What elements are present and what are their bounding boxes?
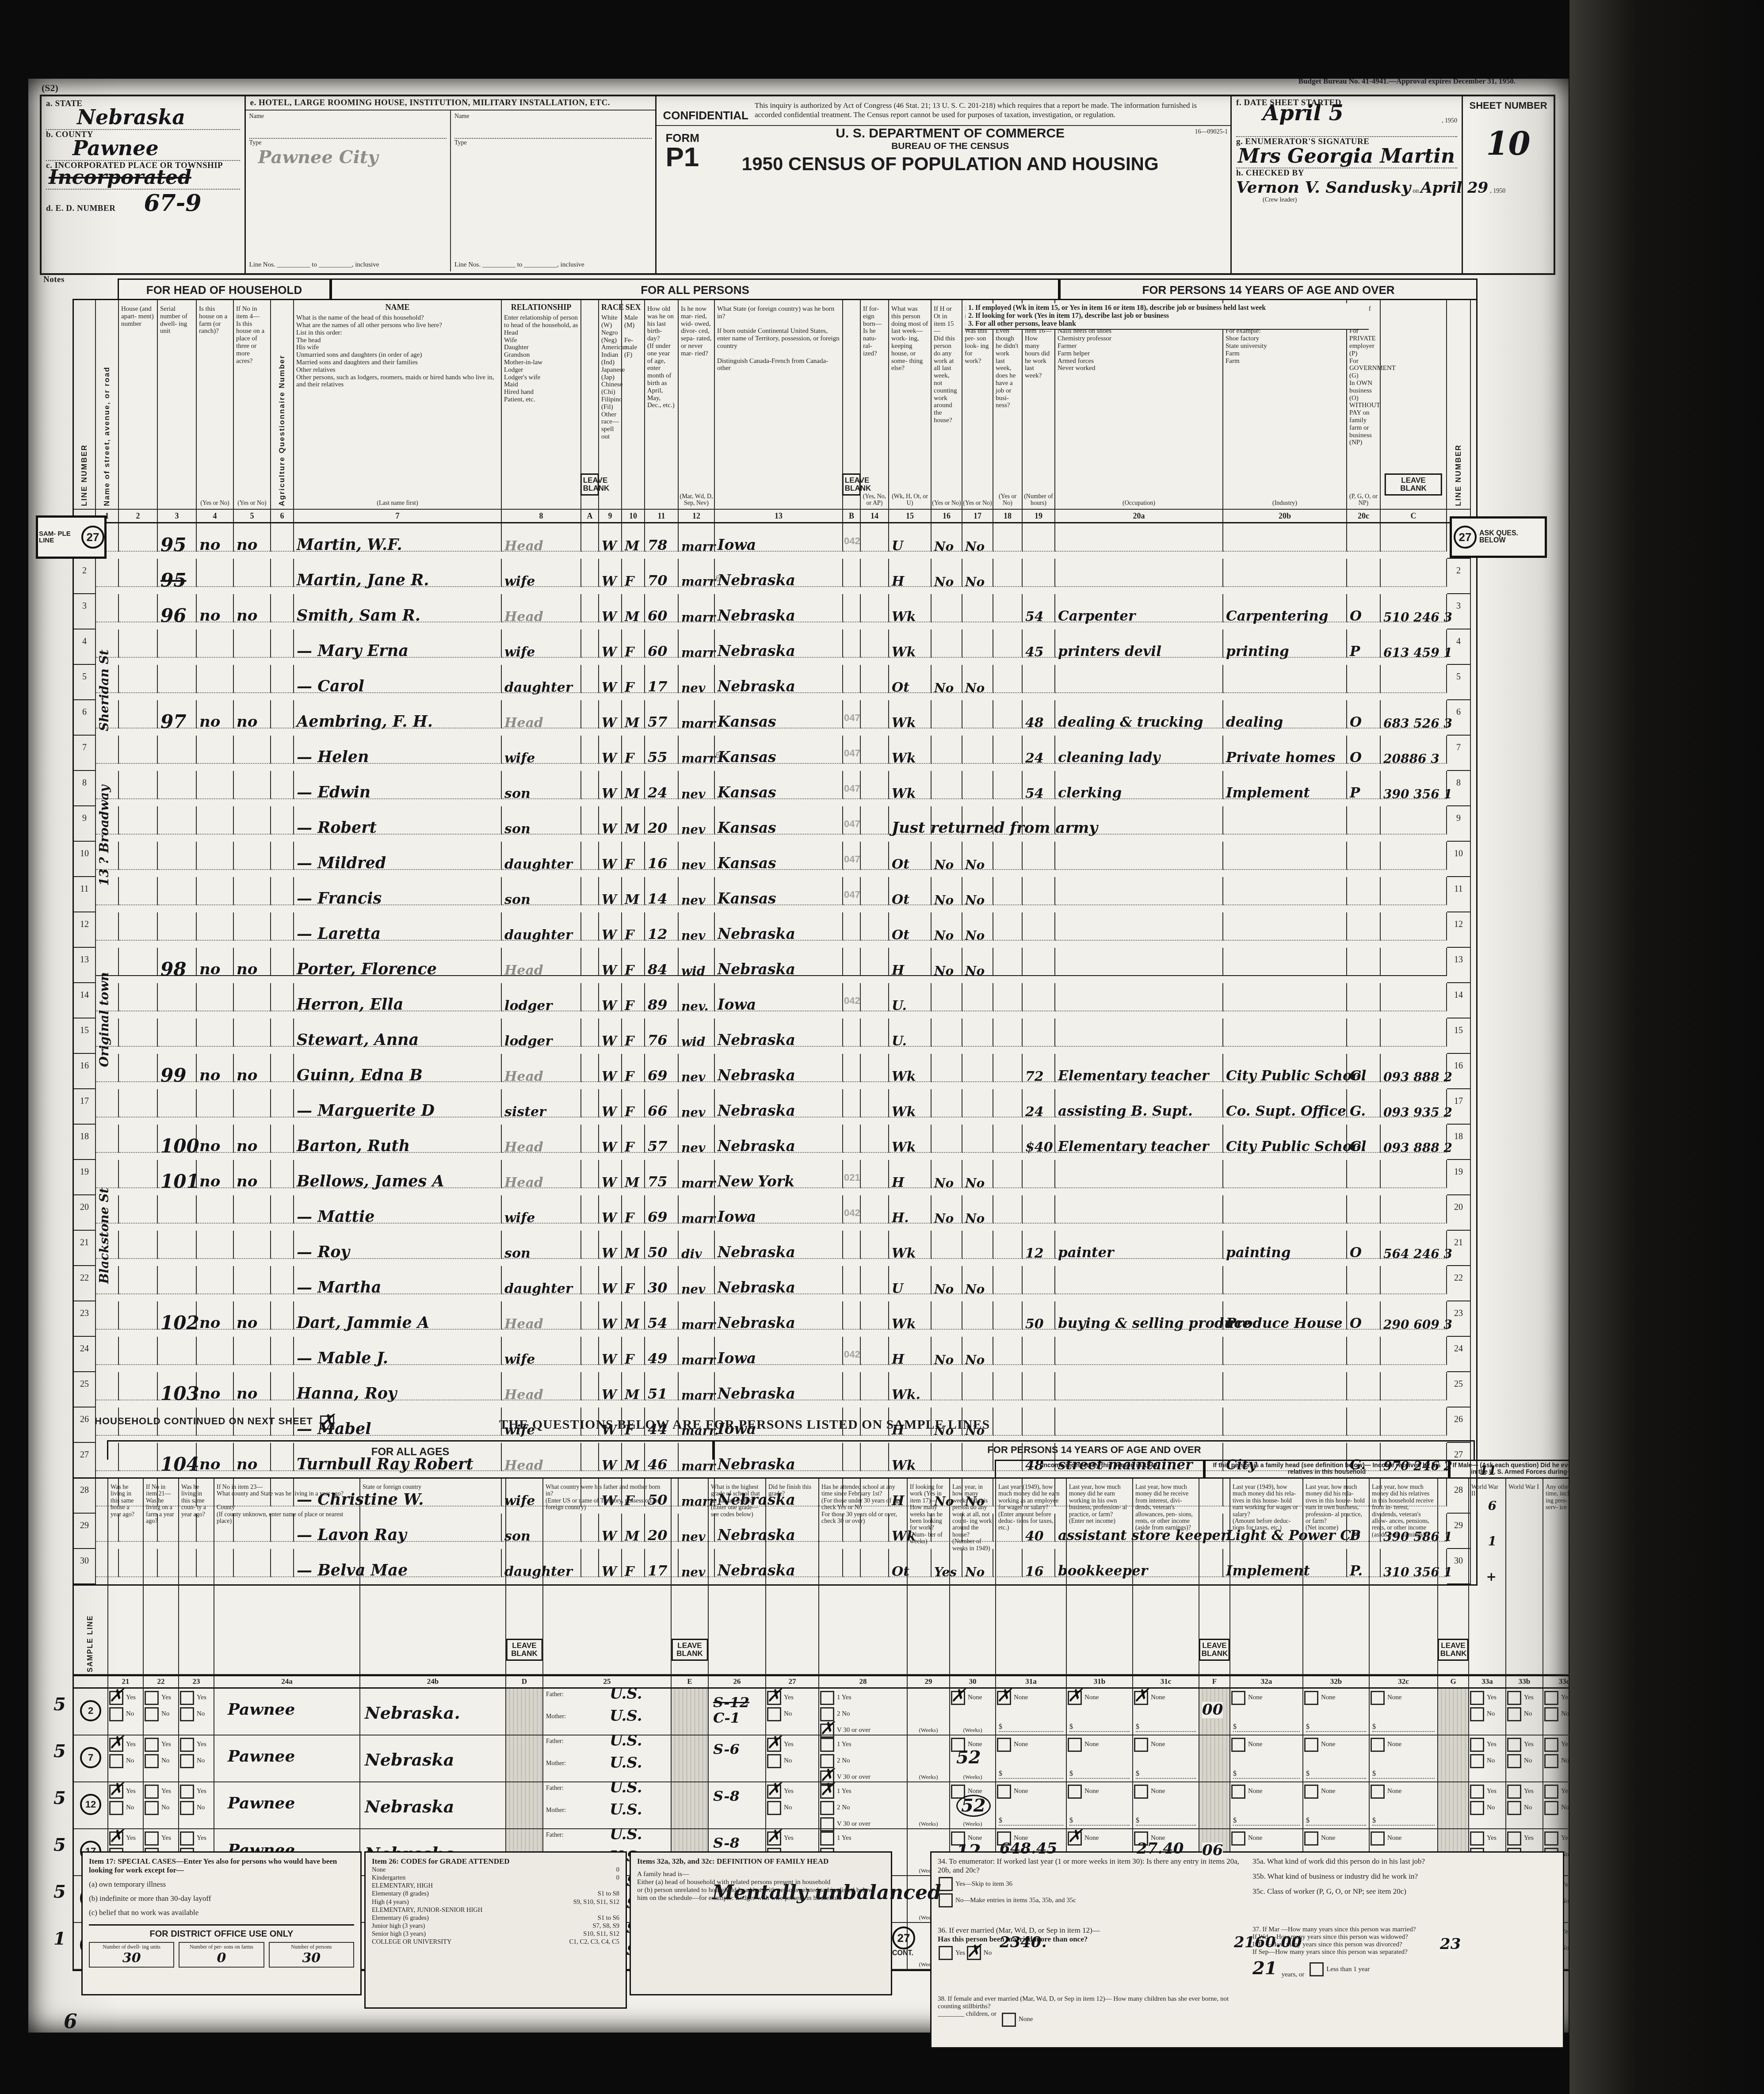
value-race[interactable]: W — [602, 716, 617, 731]
value-i16[interactable]: Yes — [934, 1565, 957, 1579]
value-bp[interactable]: Kansas — [718, 785, 776, 801]
value-bp[interactable]: Iowa — [718, 537, 756, 553]
value-rel[interactable]: daughter — [504, 928, 573, 943]
value-i19[interactable]: 24 — [1025, 1105, 1044, 1120]
item21-no-box[interactable] — [109, 1801, 123, 1815]
value-bp[interactable]: Nebraska — [718, 1315, 795, 1331]
value-bp[interactable]: Kansas — [718, 855, 776, 872]
value-acres[interactable]: no — [237, 1067, 257, 1084]
grade-value[interactable]: S-8 — [713, 1835, 765, 1851]
item38-none-box[interactable] — [1002, 2013, 1016, 2027]
none-box[interactable] — [1371, 1738, 1385, 1752]
value-race[interactable]: W — [602, 610, 617, 625]
value-name[interactable]: Aembring, F. H. — [297, 713, 433, 730]
value-i19[interactable]: 54 — [1025, 786, 1044, 801]
value-occ[interactable]: Elementary teacher — [1058, 1068, 1209, 1084]
value-i16[interactable]: No — [934, 1212, 954, 1225]
value-sex[interactable]: M — [625, 539, 639, 554]
military-yes-box[interactable] — [1507, 1738, 1521, 1752]
value-age[interactable]: 14 — [648, 891, 668, 907]
value-rel[interactable]: daughter — [504, 1564, 573, 1579]
value-sex[interactable]: F — [625, 1105, 634, 1120]
leave-blank-F-value[interactable]: 06 — [1202, 1842, 1223, 1859]
value-acres[interactable]: no — [237, 1456, 257, 1473]
value-age[interactable]: 55 — [648, 750, 668, 766]
value-occ[interactable]: dealing & trucking — [1058, 715, 1203, 730]
value-sex[interactable]: F — [625, 1423, 634, 1438]
value-mar[interactable]: marr — [681, 610, 715, 624]
value-code[interactable]: 20886 3 — [1383, 752, 1439, 766]
value-serial[interactable]: 95 — [160, 534, 186, 555]
value-i15[interactable]: Wk — [892, 1069, 916, 1084]
value-i15[interactable]: H — [892, 574, 904, 589]
value-race[interactable]: W — [602, 680, 617, 695]
value-i15[interactable]: H. — [892, 1211, 909, 1226]
value-occ[interactable]: cleaning lady — [1058, 750, 1160, 766]
value-i15[interactable]: Wk — [892, 1529, 916, 1544]
value-race[interactable]: W — [602, 928, 617, 943]
military-no-box[interactable] — [1544, 1754, 1558, 1768]
value-i17[interactable]: No — [965, 1282, 985, 1296]
item27-no-box[interactable] — [767, 1801, 781, 1815]
none-box[interactable] — [1231, 1831, 1245, 1846]
value-cls[interactable]: O — [1350, 750, 1362, 766]
value-cls[interactable]: O — [1350, 715, 1362, 730]
value-ind[interactable]: Implement — [1226, 1564, 1310, 1579]
value-mar[interactable]: nev — [681, 893, 705, 907]
value-sex[interactable]: M — [625, 610, 639, 625]
item28-yes-box[interactable] — [820, 1831, 834, 1846]
value-farm[interactable]: no — [199, 1456, 220, 1473]
value-occ[interactable]: buying & selling produce — [1058, 1316, 1251, 1331]
value-i15[interactable]: H — [892, 1494, 904, 1509]
value-rel[interactable]: son — [504, 822, 531, 837]
value-i17[interactable]: No — [965, 1565, 985, 1579]
value-i15[interactable]: Wk — [892, 1458, 916, 1473]
value-race[interactable]: W — [602, 963, 617, 978]
value-i19[interactable]: 72 — [1025, 1069, 1044, 1084]
amount-value[interactable]: 648.45 — [1000, 1841, 1057, 1857]
value-i15[interactable]: H — [892, 1423, 904, 1438]
value-farm[interactable]: no — [199, 961, 220, 978]
value-mar[interactable]: nev — [681, 929, 705, 942]
value-occ[interactable]: assisting B. Supt. — [1058, 1104, 1193, 1119]
value-name[interactable]: Martin, W.F. — [297, 536, 402, 553]
value-i15[interactable]: Wk. — [892, 1388, 920, 1403]
military-no-box[interactable] — [1507, 1754, 1521, 1768]
value-name[interactable]: — Robert — [297, 819, 377, 836]
value-rel[interactable]: wife — [504, 751, 535, 766]
value-name[interactable]: — Christine W. — [297, 1491, 424, 1508]
county-value[interactable]: Pawnee — [228, 1748, 359, 1766]
value-ind[interactable]: Implement — [1226, 786, 1310, 801]
value-i17[interactable]: No — [965, 1495, 985, 1508]
value-serial[interactable]: 104 — [160, 1454, 199, 1475]
value-ind[interactable]: Produce House — [1226, 1316, 1343, 1331]
value-occ[interactable]: painter — [1058, 1245, 1114, 1261]
item36-yes-box[interactable] — [939, 1946, 953, 1960]
sheet-value[interactable]: 10 — [1463, 125, 1554, 162]
value-age[interactable]: 20 — [648, 820, 668, 836]
value-mar[interactable]: marr — [681, 1495, 715, 1508]
item22-no-box[interactable] — [145, 1754, 159, 1768]
none-box[interactable] — [1068, 1831, 1082, 1846]
item27-yes-box[interactable] — [767, 1831, 781, 1846]
item23-no-box[interactable] — [180, 1801, 194, 1815]
value-race[interactable]: W — [602, 1529, 617, 1544]
item21-yes-box[interactable] — [109, 1738, 123, 1752]
value-i17[interactable]: No — [965, 858, 985, 872]
value-code[interactable]: 390 356 1 — [1383, 787, 1452, 801]
father-value[interactable]: U.S. — [610, 1780, 642, 1796]
value-age[interactable]: 50 — [648, 1245, 668, 1261]
hotel-type-value[interactable]: Pawnee City — [258, 147, 447, 168]
value-i16[interactable]: No — [934, 964, 954, 978]
value-name[interactable]: Smith, Sam R. — [297, 607, 420, 624]
district-office-value[interactable]: 30 — [271, 1950, 352, 1966]
father-value[interactable]: U.S. — [610, 1733, 642, 1749]
value-code[interactable]: 093 888 2 — [1383, 1141, 1452, 1155]
item36-no-box[interactable] — [967, 1946, 981, 1960]
value-rel[interactable]: wife — [504, 1211, 535, 1226]
value-i16[interactable]: No — [934, 1176, 954, 1190]
value-mar[interactable]: nev — [681, 1282, 705, 1296]
military-yes-box[interactable] — [1544, 1691, 1558, 1705]
value-i15[interactable]: Wk — [892, 1140, 916, 1155]
value-i15[interactable]: Wk — [892, 716, 916, 731]
value-sex[interactable]: M — [625, 1246, 639, 1261]
value-i15[interactable]: Ot — [892, 893, 909, 908]
item22-yes-box[interactable] — [145, 1691, 159, 1705]
value-name[interactable]: Turnbull Ray Robert — [297, 1456, 473, 1473]
military-no-box[interactable] — [1470, 1707, 1484, 1721]
value-i16[interactable]: No — [934, 1495, 954, 1508]
item37-years-value[interactable]: 21 — [1252, 1958, 1277, 1979]
item27-yes-box[interactable] — [767, 1785, 781, 1799]
value-serial[interactable]: 98 — [160, 959, 186, 980]
value-name[interactable]: — Martha — [297, 1279, 381, 1296]
value-name[interactable]: — Edwin — [297, 784, 370, 801]
value-bp[interactable]: Iowa — [718, 1209, 756, 1225]
value-bp[interactable]: Nebraska — [718, 1386, 795, 1402]
value-bp[interactable]: Nebraska — [718, 961, 795, 978]
value-rel[interactable]: Head — [504, 1175, 543, 1190]
value-ind[interactable]: Light & Power Co — [1226, 1528, 1360, 1544]
value-rel[interactable]: daughter — [504, 680, 573, 695]
value-sex[interactable]: F — [625, 680, 634, 695]
item22-no-box[interactable] — [145, 1707, 159, 1721]
item27-yes-box[interactable] — [767, 1738, 781, 1752]
none-box[interactable] — [1231, 1785, 1245, 1799]
value-race[interactable]: W — [602, 1175, 617, 1190]
value-serial[interactable]: 100 — [160, 1136, 199, 1156]
military-no-box[interactable] — [1544, 1707, 1558, 1721]
value-bp[interactable]: Nebraska — [718, 1563, 795, 1579]
value-rel[interactable]: sister — [504, 1105, 546, 1120]
value-rel[interactable]: wife — [504, 1494, 535, 1509]
item30-none-box[interactable] — [951, 1691, 965, 1705]
value-serial[interactable]: 102 — [160, 1312, 199, 1333]
value-bp[interactable]: Nebraska — [718, 679, 795, 695]
value-i17[interactable]: No — [965, 1176, 985, 1190]
value-name[interactable]: — Lavon Ray — [297, 1526, 407, 1544]
value-name[interactable]: — Belva Mae — [297, 1562, 408, 1579]
state-value[interactable]: Nebraska — [365, 1797, 505, 1816]
value-race[interactable]: W — [602, 1423, 617, 1438]
value-mar[interactable]: nev — [681, 1141, 705, 1155]
item22-yes-box[interactable] — [145, 1785, 159, 1799]
value-name[interactable]: — Marguerite D — [297, 1102, 435, 1119]
state-value[interactable]: Nebraska. — [365, 1704, 505, 1722]
value-sex[interactable]: M — [625, 1458, 639, 1473]
value-acres[interactable]: no — [237, 1385, 257, 1402]
value-i17[interactable]: No — [965, 1424, 985, 1438]
value-sex[interactable]: F — [625, 574, 634, 589]
item27-no-box[interactable] — [767, 1707, 781, 1721]
value-ind[interactable]: printing — [1226, 644, 1289, 660]
value-sex[interactable]: M — [625, 1175, 639, 1190]
value-sex[interactable]: M — [625, 822, 639, 837]
value-age[interactable]: 60 — [648, 608, 668, 624]
value-sex[interactable]: M — [625, 893, 639, 908]
military-no-box[interactable] — [1507, 1801, 1521, 1815]
item27-no-box[interactable] — [767, 1754, 781, 1768]
value-race[interactable]: W — [602, 1140, 617, 1155]
value-rel[interactable]: son — [504, 1246, 531, 1261]
item22-yes-box[interactable] — [145, 1831, 159, 1846]
value-bp[interactable]: Nebraska — [718, 1280, 795, 1296]
none-box[interactable] — [1371, 1785, 1385, 1799]
county-value[interactable]: Pawnee — [73, 136, 240, 160]
value-rel[interactable]: Head — [504, 716, 543, 731]
value-ind[interactable]: Co. Supt. Office — [1226, 1104, 1346, 1119]
none-box[interactable] — [1304, 1785, 1318, 1799]
item23-no-box[interactable] — [180, 1754, 194, 1768]
value-sex[interactable]: F — [625, 999, 634, 1014]
value-bp[interactable]: Nebraska — [718, 643, 795, 660]
value-rel[interactable]: Head — [504, 1317, 543, 1332]
value-mar[interactable]: nev — [681, 1530, 705, 1544]
value-age[interactable]: 44 — [648, 1422, 668, 1438]
value-serial[interactable]: 99 — [160, 1065, 186, 1086]
value-cls[interactable]: G. — [1350, 1104, 1366, 1119]
value-race[interactable]: W — [602, 893, 617, 908]
value-rel[interactable]: Head — [504, 610, 543, 625]
enum-value[interactable]: Mrs Georgia Martin — [1238, 145, 1457, 168]
value-race[interactable]: W — [602, 1388, 617, 1403]
value-race[interactable]: W — [602, 1211, 617, 1226]
value-cls[interactable]: P — [1350, 786, 1360, 801]
amount-value[interactable]: 2340. — [1000, 1934, 1046, 1951]
value-bp[interactable]: Nebraska — [718, 1138, 795, 1155]
item37-less-than-year-box[interactable] — [1310, 1962, 1324, 1976]
value-rel[interactable]: lodger — [504, 999, 552, 1014]
county-value[interactable]: Pawnee — [228, 1701, 359, 1719]
value-rel[interactable]: Head — [504, 963, 543, 978]
none-box[interactable] — [1371, 1691, 1385, 1705]
value-ind[interactable]: Carpentering — [1226, 609, 1328, 624]
value-i17[interactable]: No — [965, 1212, 985, 1225]
value-i15[interactable]: Wk — [892, 786, 916, 801]
none-box[interactable] — [1134, 1785, 1148, 1799]
value-sex[interactable]: F — [625, 1140, 634, 1155]
value-i17[interactable]: No — [965, 681, 985, 695]
value-bp[interactable]: Nebraska — [718, 926, 795, 942]
value-age[interactable]: 76 — [648, 1033, 668, 1049]
value-i19[interactable]: 50 — [1025, 1317, 1044, 1332]
date-value[interactable]: April 5 — [1263, 101, 1344, 126]
none-box[interactable] — [1134, 1738, 1148, 1752]
value-sex[interactable]: F — [625, 1069, 634, 1084]
military-yes-box[interactable] — [1544, 1785, 1558, 1799]
value-i19[interactable]: 54 — [1025, 610, 1044, 625]
value-i15[interactable]: U. — [892, 1034, 907, 1049]
mother-value[interactable]: U.S. — [610, 1755, 642, 1771]
value-race[interactable]: W — [602, 1352, 617, 1367]
grade-value-2[interactable]: C-1 — [713, 1710, 765, 1726]
value-rel[interactable]: daughter — [504, 1282, 573, 1297]
value-age[interactable]: 78 — [648, 538, 668, 553]
value-name[interactable]: Stewart, Anna — [297, 1031, 419, 1049]
value-age[interactable]: 30 — [648, 1280, 668, 1296]
value-acres[interactable]: no — [237, 537, 257, 553]
value-i17[interactable]: No — [965, 929, 985, 942]
value-mar[interactable]: nev — [681, 858, 705, 872]
value-age[interactable]: 57 — [648, 1139, 668, 1155]
item21-no-box[interactable] — [109, 1707, 123, 1721]
value-age[interactable]: 57 — [648, 714, 668, 730]
none-box[interactable] — [1134, 1691, 1148, 1705]
value-i17[interactable]: No — [965, 540, 985, 553]
value-code[interactable]: 510 246 3 — [1383, 610, 1452, 624]
value-race[interactable]: W — [602, 822, 617, 837]
value-age[interactable]: 20 — [648, 1528, 668, 1544]
value-mar[interactable]: div — [681, 1247, 702, 1261]
value-code[interactable]: 613 459 1 — [1383, 646, 1452, 660]
value-bp[interactable]: Nebraska — [718, 1244, 795, 1261]
value-sex[interactable]: F — [625, 963, 634, 978]
military-no-box[interactable] — [1507, 1707, 1521, 1721]
value-rel[interactable]: wife — [504, 1423, 535, 1438]
value-age[interactable]: 54 — [648, 1316, 668, 1331]
grade-value[interactable]: S-12 — [713, 1695, 765, 1710]
value-mar[interactable]: marr — [681, 717, 715, 730]
value-i15[interactable]: U. — [892, 999, 907, 1014]
value-name[interactable]: Herron, Ella — [297, 996, 403, 1013]
value-i19[interactable]: 48 — [1025, 1458, 1044, 1473]
value-rel[interactable]: wife — [504, 1352, 535, 1367]
value-bp[interactable]: Nebraska — [718, 1492, 795, 1508]
value-sex[interactable]: M — [625, 716, 639, 731]
value-bp[interactable]: New York — [718, 1174, 794, 1190]
none-box[interactable] — [1068, 1785, 1082, 1799]
value-bp[interactable]: Nebraska — [718, 1457, 795, 1473]
value-i16[interactable]: No — [934, 1282, 954, 1296]
none-box[interactable] — [1068, 1738, 1082, 1752]
value-name[interactable]: Guinn, Edna B — [297, 1067, 423, 1084]
ed-value[interactable]: 67-9 — [144, 190, 201, 217]
value-sex[interactable]: F — [625, 1211, 634, 1226]
value-race[interactable]: W — [602, 574, 617, 589]
value-cls[interactable]: G. — [1350, 1457, 1366, 1473]
item21-yes-box[interactable] — [109, 1831, 123, 1846]
military-yes-box[interactable] — [1470, 1738, 1484, 1752]
value-age[interactable]: 17 — [648, 1563, 668, 1579]
value-name[interactable]: — Roy — [297, 1243, 350, 1261]
value-rel[interactable]: son — [504, 893, 531, 908]
value-i17[interactable]: No — [965, 893, 985, 907]
none-box[interactable] — [1231, 1738, 1245, 1752]
value-i15[interactable]: Ot — [892, 857, 909, 872]
value-cls[interactable]: P — [1350, 1528, 1360, 1544]
value-bp[interactable]: Kansas — [718, 820, 776, 836]
value-mar[interactable]: marr6 — [681, 574, 720, 589]
value-rel[interactable]: Head — [504, 1388, 543, 1403]
value-bp[interactable]: Iowa — [718, 1350, 756, 1367]
value-i19[interactable]: 45 — [1025, 645, 1044, 660]
value-mar[interactable]: marr — [681, 1388, 715, 1402]
value-cls[interactable]: P. — [1350, 1564, 1363, 1579]
military-no-box[interactable] — [1470, 1801, 1484, 1815]
value-name[interactable]: Hanna, Roy — [297, 1385, 397, 1402]
value-sex[interactable]: M — [625, 1317, 639, 1332]
value-rel[interactable]: Head — [504, 1140, 543, 1155]
value-mar[interactable]: nev — [681, 681, 705, 695]
value-race[interactable]: W — [602, 1069, 617, 1084]
value-bp[interactable]: Nebraska — [718, 1032, 795, 1049]
value-i15[interactable]: Wk — [892, 751, 916, 766]
value-age[interactable]: 50 — [648, 1492, 668, 1508]
value-age[interactable]: 51 — [648, 1386, 668, 1402]
value-age[interactable]: 46 — [648, 1457, 668, 1473]
military-yes-box[interactable] — [1470, 1691, 1484, 1705]
value-occ[interactable]: Elementary teacher — [1058, 1139, 1209, 1155]
value-code[interactable]: 390 586 1 — [1383, 1530, 1452, 1544]
value-mar[interactable]: nev. — [681, 999, 708, 1013]
none-box[interactable] — [997, 1738, 1011, 1752]
value-farm[interactable]: no — [199, 1173, 220, 1190]
value-i15[interactable]: Wk — [892, 645, 916, 660]
item23-yes-box[interactable] — [180, 1831, 194, 1846]
military-yes-box[interactable] — [1507, 1785, 1521, 1799]
value-name[interactable]: Porter, Florence — [297, 961, 437, 978]
value-bp[interactable]: Iowa — [718, 1421, 756, 1438]
value-code[interactable]: 310 356 1 — [1383, 1565, 1452, 1579]
value-name[interactable]: Dart, Jammie A — [297, 1314, 429, 1331]
value-bp[interactable]: Kansas — [718, 714, 776, 730]
value-occ[interactable]: clerking — [1058, 786, 1122, 801]
item28-yes-box[interactable] — [820, 1738, 834, 1752]
value-age[interactable]: 69 — [648, 1068, 668, 1084]
value-i17[interactable]: No — [965, 575, 985, 589]
value-i19[interactable]: 12 — [1025, 1246, 1044, 1261]
value-farm[interactable]: no — [199, 607, 220, 624]
value-farm[interactable]: no — [199, 537, 220, 553]
value-age[interactable]: 70 — [648, 573, 668, 589]
leave-blank-G-value[interactable]: 23 — [1440, 1936, 1461, 1953]
value-i15[interactable]: Ot — [892, 928, 909, 943]
value-code[interactable]: 683 526 3 — [1383, 717, 1452, 730]
value-rel[interactable]: daughter — [504, 857, 573, 872]
value-age[interactable]: 12 — [648, 927, 668, 942]
value-race[interactable]: W — [602, 1246, 617, 1261]
value-farm[interactable]: no — [199, 1067, 220, 1084]
value-i16[interactable]: No — [934, 929, 954, 942]
value-cls[interactable]: G. — [1350, 1068, 1366, 1084]
state-value[interactable]: Nebraska — [77, 105, 240, 129]
value-age[interactable]: 16 — [648, 856, 668, 872]
mother-value[interactable]: U.S. — [610, 1708, 642, 1724]
